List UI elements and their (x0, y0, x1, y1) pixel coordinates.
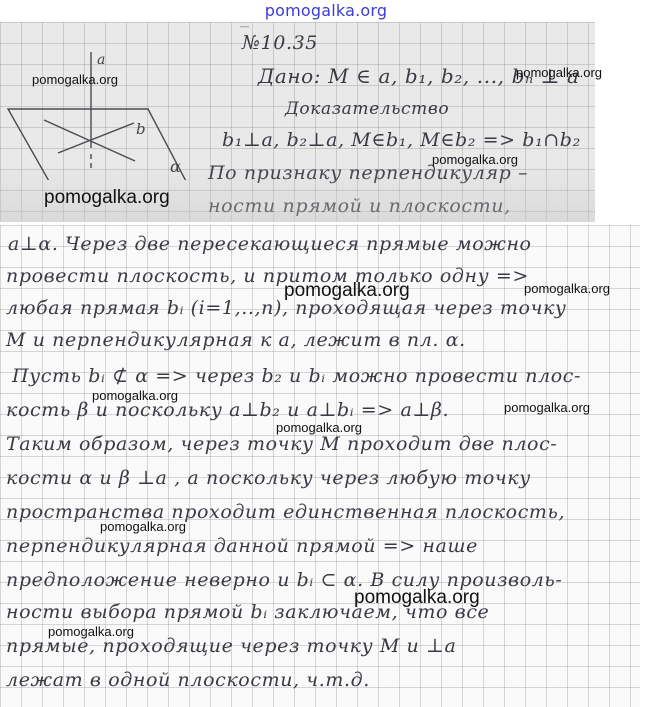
watermark: pomogalka.org (32, 72, 118, 87)
watermark: pomogalka.org (48, 624, 134, 639)
proof-line: a⊥α. Через две пересекающиеся прямые мож… (8, 233, 532, 255)
watermark: pomogalka.org (354, 587, 480, 609)
problem-number: №10.35 (242, 32, 318, 54)
proof-line: пространства проходит единственная плоск… (6, 501, 565, 523)
label-a: a (97, 52, 105, 68)
proof-line: лежат в одной плоскости, ч.т.д. (6, 669, 370, 691)
label-alpha: α (170, 157, 181, 176)
watermark: pomogalka.org (100, 519, 186, 534)
watermark: pomogalka.org (44, 187, 170, 209)
proof-line: Пусть bᵢ ⊄ α => через b₂ и bᵢ можно пров… (12, 365, 581, 387)
watermark: pomogalka.org (504, 400, 590, 415)
proof-line: провести плоскость, и притом только одну… (6, 265, 529, 287)
watermark: pomogalka.org (92, 388, 178, 403)
geometry-diagram: a b α (0, 50, 210, 180)
proof-line: ности прямой и плоскости, (208, 195, 511, 217)
site-header: pomogalka.org (0, 0, 652, 22)
proof-line: M и перпендикулярная к a, лежит в пл. α. (6, 329, 466, 351)
line-b2 (58, 123, 134, 153)
proof-line: кость β и поскольку a⊥b₂ и a⊥bᵢ => a⊥β. (6, 399, 449, 421)
site-link[interactable]: pomogalka.org (265, 1, 387, 20)
watermark: pomogalka.org (516, 65, 602, 80)
watermark: pomogalka.org (284, 280, 410, 302)
proof-line: перпендикулярная данной прямой => наше (6, 535, 478, 557)
proof-line: b₁⊥a, b₂⊥a, M∈b₁, M∈b₂ => b₁∩b₂ (222, 129, 581, 151)
proof-line: кости α и β ⊥a , а поскольку через любую… (6, 467, 531, 489)
watermark: pomogalka.org (432, 152, 518, 167)
proof-title: Доказательство (285, 99, 449, 119)
proof-line: Таким образом, через точку M проходит дв… (6, 433, 557, 455)
watermark: pomogalka.org (524, 281, 610, 296)
label-b: b (136, 120, 146, 138)
watermark: pomogalka.org (276, 420, 362, 435)
